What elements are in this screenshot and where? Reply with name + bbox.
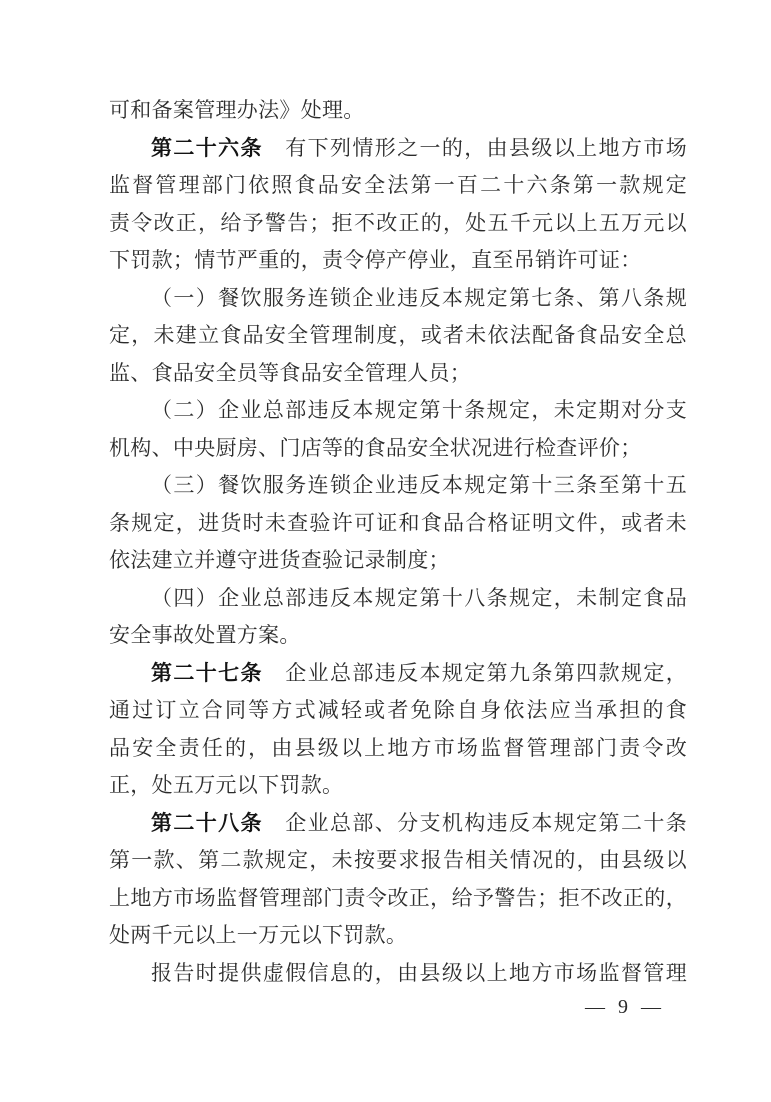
line-text: 品安全责任的，由县级以上地方市场监督管理部门责令改 bbox=[109, 736, 687, 760]
text-line: 下罚款；情节严重的，责令停产停业，直至吊销许可证： bbox=[109, 242, 687, 280]
body-text: 可和备案管理办法》处理。 第二十六条 有下列情形之一的，由县级以上地方市场 监督… bbox=[109, 92, 687, 992]
article-number: 第二十六条 bbox=[151, 137, 263, 160]
line-text: 企业总部、分支机构违反本规定第二十条 bbox=[263, 811, 687, 835]
line-text: 可和备案管理办法》处理。 bbox=[109, 98, 365, 122]
text-line: （四）企业总部违反本规定第十八条规定，未制定食品 bbox=[109, 580, 687, 618]
text-line: 品安全责任的，由县级以上地方市场监督管理部门责令改 bbox=[109, 730, 687, 768]
article-number: 第二十七条 bbox=[151, 662, 263, 685]
text-line: （三）餐饮服务连锁企业违反本规定第十三条至第十五 bbox=[109, 467, 687, 505]
line-text: 机构、中央厨房、门店等的食品安全状况进行检查评价； bbox=[109, 436, 642, 460]
line-text: 第一款、第二款规定，未按要求报告相关情况的，由县级以 bbox=[109, 848, 687, 872]
line-text: （一）餐饮服务连锁企业违反本规定第七条、第八条规 bbox=[151, 286, 687, 310]
line-text: 正，处五万元以下罚款。 bbox=[109, 773, 343, 797]
line-text: 报告时提供虚假信息的，由县级以上地方市场监督管理 bbox=[151, 961, 687, 985]
text-line: 责令改正，给予警告；拒不改正的，处五千元以上五万元以 bbox=[109, 205, 687, 243]
document-page: 可和备案管理办法》处理。 第二十六条 有下列情形之一的，由县级以上地方市场 监督… bbox=[0, 0, 771, 1102]
page-number-value: 9 bbox=[618, 996, 628, 1018]
text-line: 处两千元以上一万元以下罚款。 bbox=[109, 917, 687, 955]
text-line: 定，未建立食品安全管理制度，或者未依法配备食品安全总 bbox=[109, 317, 687, 355]
line-text: 通过订立合同等方式减轻或者免除自身依法应当承担的食 bbox=[109, 698, 687, 722]
text-line: 上地方市场监督管理部门责令改正，给予警告；拒不改正的， bbox=[109, 880, 687, 918]
text-line: 依法建立并遵守进货查验记录制度； bbox=[109, 542, 687, 580]
article-number: 第二十八条 bbox=[151, 812, 263, 835]
text-line: 报告时提供虚假信息的，由县级以上地方市场监督管理 bbox=[109, 955, 687, 993]
text-line: 第一款、第二款规定，未按要求报告相关情况的，由县级以 bbox=[109, 842, 687, 880]
line-text: 监督管理部门依照食品安全法第一百二十六条第一款规定 bbox=[109, 173, 687, 197]
page-number: — 9 — bbox=[585, 996, 661, 1018]
line-text: 有下列情形之一的，由县级以上地方市场 bbox=[263, 136, 687, 160]
page-number-left-dash: — bbox=[585, 996, 605, 1018]
line-text: 条规定，进货时未查验许可证和食品合格证明文件，或者未 bbox=[109, 511, 687, 535]
line-text: 定，未建立食品安全管理制度，或者未依法配备食品安全总 bbox=[109, 323, 687, 347]
line-text: 依法建立并遵守进货查验记录制度； bbox=[109, 548, 450, 572]
line-text: （四）企业总部违反本规定第十八条规定，未制定食品 bbox=[151, 586, 687, 610]
text-line: （一）餐饮服务连锁企业违反本规定第七条、第八条规 bbox=[109, 280, 687, 318]
line-text: 处两千元以上一万元以下罚款。 bbox=[109, 923, 407, 947]
text-line: 第二十六条 有下列情形之一的，由县级以上地方市场 bbox=[109, 130, 687, 168]
line-text: 监、食品安全员等食品安全管理人员； bbox=[109, 361, 471, 385]
text-line: 通过订立合同等方式减轻或者免除自身依法应当承担的食 bbox=[109, 692, 687, 730]
text-line: 机构、中央厨房、门店等的食品安全状况进行检查评价； bbox=[109, 430, 687, 468]
line-text: 责令改正，给予警告；拒不改正的，处五千元以上五万元以 bbox=[109, 211, 687, 235]
text-line: 第二十七条 企业总部违反本规定第九条第四款规定， bbox=[109, 655, 687, 693]
text-line: 监、食品安全员等食品安全管理人员； bbox=[109, 355, 687, 393]
line-text: 上地方市场监督管理部门责令改正，给予警告；拒不改正的， bbox=[109, 886, 687, 910]
text-line: 条规定，进货时未查验许可证和食品合格证明文件，或者未 bbox=[109, 505, 687, 543]
text-line: （二）企业总部违反本规定第十条规定，未定期对分支 bbox=[109, 392, 687, 430]
line-text: 企业总部违反本规定第九条第四款规定， bbox=[263, 661, 687, 685]
text-line: 可和备案管理办法》处理。 bbox=[109, 92, 687, 130]
line-text: （三）餐饮服务连锁企业违反本规定第十三条至第十五 bbox=[151, 473, 687, 497]
page-number-right-dash: — bbox=[641, 996, 661, 1018]
text-line: 正，处五万元以下罚款。 bbox=[109, 767, 687, 805]
text-line: 第二十八条 企业总部、分支机构违反本规定第二十条 bbox=[109, 805, 687, 843]
text-line: 安全事故处置方案。 bbox=[109, 617, 687, 655]
line-text: （二）企业总部违反本规定第十条规定，未定期对分支 bbox=[151, 398, 687, 422]
line-text: 安全事故处置方案。 bbox=[109, 623, 301, 647]
line-text: 下罚款；情节严重的，责令停产停业，直至吊销许可证： bbox=[109, 248, 642, 272]
text-line: 监督管理部门依照食品安全法第一百二十六条第一款规定 bbox=[109, 167, 687, 205]
